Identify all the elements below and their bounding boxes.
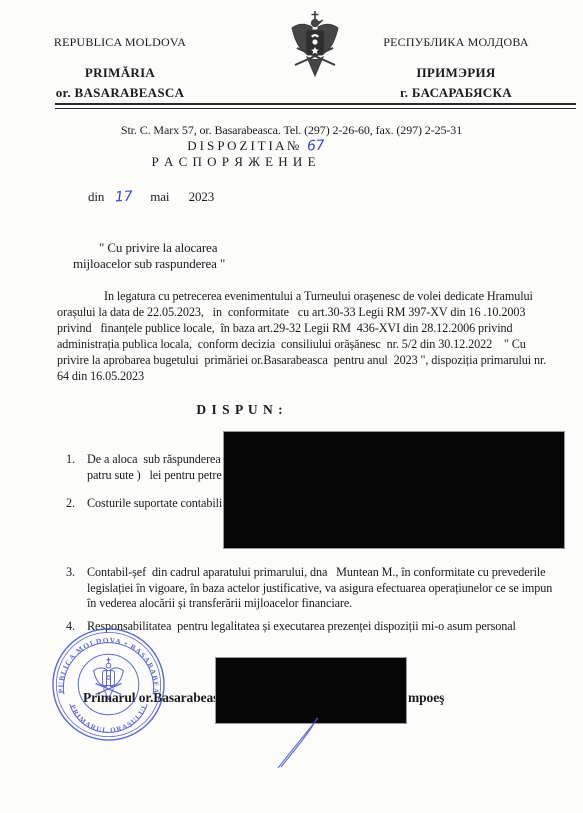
document-title-ro: D I S P O Z I T I A №67 bbox=[0, 138, 512, 154]
org-name-ro: PRIMĂRIA bbox=[36, 65, 204, 81]
date-line: din 17 mai 2023 bbox=[88, 189, 214, 205]
handwritten-doc-number: 67 bbox=[307, 138, 325, 155]
item-text: Costurile suportate contabili bbox=[87, 496, 222, 512]
list-item-3: 3. Contabil-șef din cadrul aparatului pr… bbox=[66, 565, 552, 612]
round-stamp-icon: • REPUBLICA MOLDOVA • BASARABEASCA PRIMA… bbox=[49, 625, 168, 744]
paragraph-line: orașului la data de 22.05.2023, in confo… bbox=[57, 304, 546, 320]
item-line: De a aloca sub răspunderea bbox=[87, 452, 222, 468]
item-text: Contabil-șef din cadrul aparatului prima… bbox=[87, 565, 552, 612]
paragraph-line: In legatura cu petrecerea evenimentului … bbox=[57, 288, 546, 304]
stamp-ring-text: • REPUBLICA MOLDOVA • BASARABEASCA bbox=[49, 625, 161, 695]
list-item-1: 1. De a aloca sub răspunderea patru sute… bbox=[66, 452, 222, 483]
svg-text:• REPUBLICA MOLDOVA • BASARABE: • REPUBLICA MOLDOVA • BASARABEASCA bbox=[49, 625, 161, 695]
date-prefix: din bbox=[88, 189, 104, 204]
org-name-ru: ПРИМЭРИЯ bbox=[366, 65, 546, 81]
item-number: 1. bbox=[66, 452, 87, 483]
subject-block: " Cu privire la alocarea mijloacelor sub… bbox=[73, 240, 225, 272]
signature-name-fragment: mpoeş bbox=[408, 690, 444, 706]
paragraph-line: privind finanțele publice locale, în baz… bbox=[57, 320, 546, 336]
item-line: Costurile suportate contabili bbox=[87, 496, 222, 512]
handwritten-day: 17 bbox=[115, 189, 133, 206]
svg-text:PRIMARUL ORAȘULUI: PRIMARUL ORAȘULUI bbox=[68, 704, 148, 735]
doc-title-ro-text: D I S P O Z I T I A № bbox=[187, 138, 299, 153]
signature-stroke-icon bbox=[268, 709, 330, 775]
item-text: De a aloca sub răspunderea patru sute ) … bbox=[87, 452, 222, 483]
country-name-ro: REPUBLICA MOLDOVA bbox=[36, 35, 204, 50]
stamp-center-arms-icon bbox=[94, 658, 124, 700]
paragraph-line: administrația publica locala, conform de… bbox=[57, 336, 546, 352]
document-title-ru: Р А С П О Р Я Ж Е Н И Е bbox=[0, 154, 468, 170]
item-line: Contabil-șef din cadrul aparatului prima… bbox=[87, 565, 552, 581]
subject-line-1: " Cu privire la alocarea bbox=[73, 240, 225, 256]
preamble-paragraph: In legatura cu petrecerea evenimentului … bbox=[57, 288, 546, 384]
paragraph-line: privire la aprobarea bugetului primăriei… bbox=[57, 352, 546, 368]
item-line: patru sute ) lei pentru petre bbox=[87, 468, 222, 484]
moldova-coat-of-arms-icon bbox=[283, 10, 347, 84]
country-name-ru: РЕСПУБЛИКА МОЛДОВА bbox=[366, 35, 546, 50]
letterhead-address: Str. C. Marx 57, or. Basarabeasca. Tel. … bbox=[0, 123, 583, 138]
header-left-block: REPUBLICA MOLDOVA PRIMĂRIA or. BASARABEA… bbox=[36, 35, 204, 101]
city-name-ru: г. БАСАРАБЯСКА bbox=[366, 85, 546, 101]
item-line: în vederea alocării și transferării mijl… bbox=[87, 596, 552, 612]
paragraph-line: 64 din 16.05.2023 bbox=[57, 368, 546, 384]
subject-line-2: mijloacelor sub raspunderea " bbox=[73, 256, 225, 272]
letterhead-divider-rule bbox=[55, 103, 576, 109]
header-right-block: РЕСПУБЛИКА МОЛДОВА ПРИМЭРИЯ г. БАСАРАБЯС… bbox=[366, 35, 546, 101]
stamp-bottom-text: PRIMARUL ORAȘULUI bbox=[68, 704, 148, 735]
item-number: 3. bbox=[66, 565, 87, 612]
item-number: 2. bbox=[66, 496, 87, 512]
date-year: 2023 bbox=[189, 189, 215, 204]
list-item-2: 2. Costurile suportate contabili bbox=[66, 496, 222, 512]
date-month: mai bbox=[150, 189, 169, 204]
scanned-document-page: REPUBLICA MOLDOVA PRIMĂRIA or. BASARABEA… bbox=[0, 0, 583, 813]
city-name-ro: or. BASARABEASCA bbox=[36, 85, 204, 101]
dispun-heading: D I S P U N : bbox=[150, 402, 330, 418]
item-line: legislației în vigoare, în baza actelor … bbox=[87, 581, 552, 597]
redaction-box-1 bbox=[223, 431, 565, 549]
